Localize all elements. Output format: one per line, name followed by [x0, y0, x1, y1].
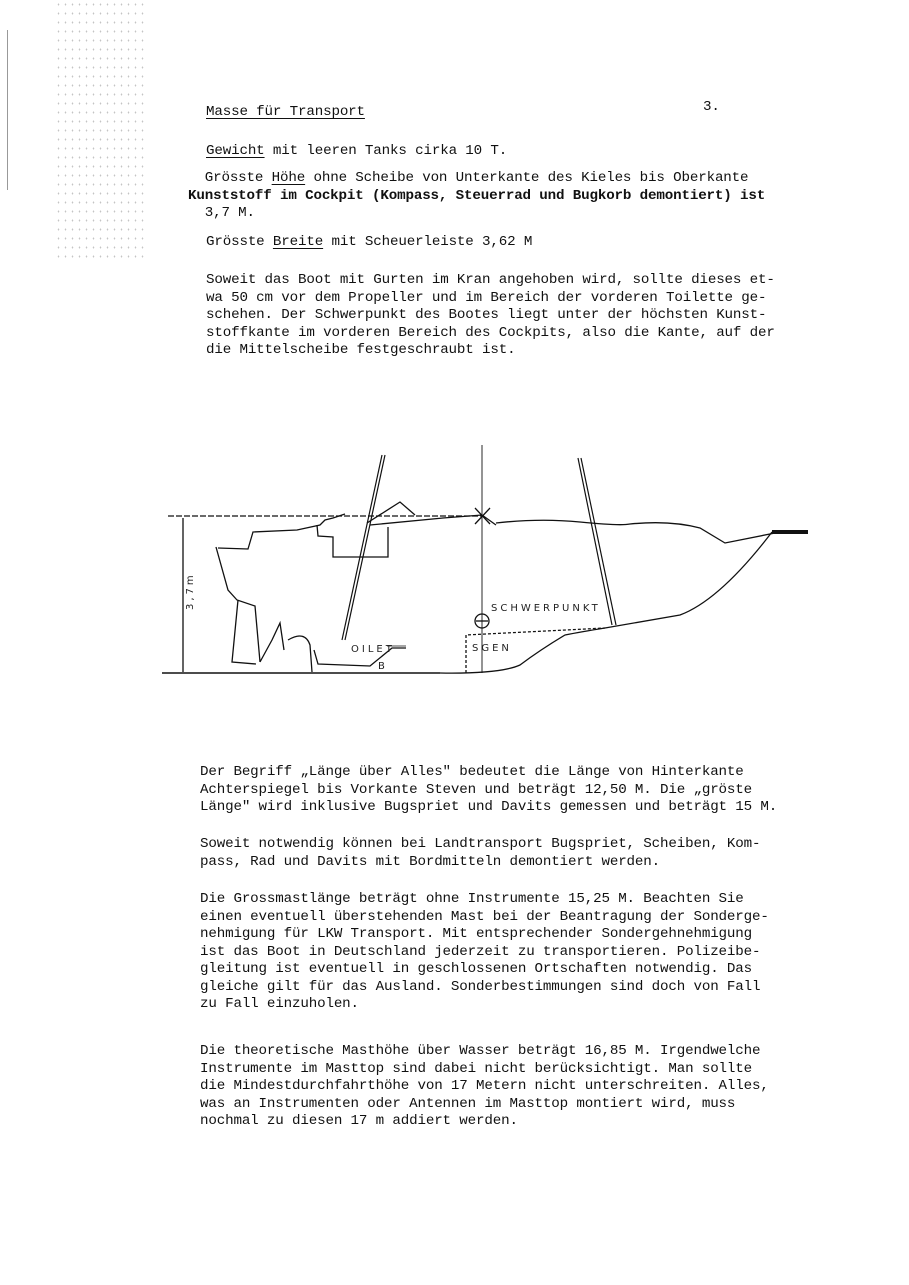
page-number: 3. [703, 99, 720, 117]
mizzen-mast-1 [345, 455, 385, 640]
transom-deck [218, 514, 345, 549]
text-line: Der Begriff „Länge über Alles" bedeutet … [200, 764, 777, 782]
text-line: Achterspiegel bis Vorkante Steven und be… [200, 782, 777, 800]
text-line: stoffkante im vorderen Bereich des Cockp… [206, 325, 775, 343]
text-line: nochmal zu diesen 17 m addiert werden. [200, 1113, 769, 1131]
rudder-outline-2 [232, 600, 256, 664]
scan-edge-artifact [7, 30, 8, 190]
text-line: Länge" wird inklusive Bugspriet und Davi… [200, 799, 777, 817]
text-line: die Mindestdurchfahrthöhe von 17 Metern … [200, 1078, 769, 1096]
removal-paragraph: Soweit notwendig können bei Landtranspor… [200, 836, 760, 871]
length-paragraph: Der Begriff „Länge über Alles" bedeutet … [200, 764, 777, 817]
text-line: pass, Rad und Davits mit Bordmitteln dem… [200, 854, 760, 872]
scan-noise [55, 0, 145, 260]
text-line: die Mittelscheibe festgeschraubt ist. [206, 342, 775, 360]
height-dimension-label: 3,7m [185, 572, 196, 610]
weight-paragraph: Gewicht mit leeren Tanks cirka 10 T. [206, 143, 507, 161]
text-line: wa 50 cm vor dem Propeller und im Bereic… [206, 290, 775, 308]
height-line3: 3,7 M. [188, 205, 255, 221]
text-line: gleiche gilt für das Ausland. Sonderbest… [200, 979, 769, 997]
weight-text: mit leeren Tanks cirka 10 T. [265, 143, 508, 159]
text-line: Soweit das Boot mit Gurten im Kran angeh… [206, 272, 775, 290]
width-paragraph: Grösste Breite mit Scheuerleiste 3,62 M [206, 234, 532, 252]
page-title: Masse für Transport [206, 104, 365, 122]
height-prefix: Grösste [188, 170, 272, 186]
width-text: mit Scheuerleiste 3,62 M [323, 234, 532, 250]
height-paragraph: Grösste Höhe ohne Scheibe von Unterkante… [188, 170, 765, 223]
text-line: gleitung ist eventuell in geschlossenen … [200, 961, 769, 979]
toilet-label: OILET [351, 644, 395, 655]
propeller-bracket [288, 636, 312, 672]
main-mast-1 [578, 458, 612, 625]
boat-profile-diagram: 3,7m OILET B SCHWERPUNKT SGEN [160, 440, 820, 690]
text-line: zu Fall einzuholen. [200, 996, 769, 1014]
weight-keyword: Gewicht [206, 143, 265, 159]
text-line: Die Grossmastlänge beträgt ohne Instrume… [200, 891, 769, 909]
height-keyword: Höhe [272, 170, 305, 186]
width-prefix: Grösste [206, 234, 273, 250]
text-line: nehmigung für LKW Transport. Mit entspre… [200, 926, 769, 944]
width-keyword: Breite [273, 234, 323, 250]
text-line: Soweit notwendig können bei Landtranspor… [200, 836, 760, 854]
text-line: schehen. Der Schwerpunkt des Bootes lieg… [206, 307, 775, 325]
text-line: was an Instrumenten oder Antennen im Mas… [200, 1096, 769, 1114]
mast-length-paragraph: Die Grossmastlänge beträgt ohne Instrume… [200, 891, 769, 1014]
text-line: Die theoretische Masthöhe über Wasser be… [200, 1043, 769, 1061]
mizzen-mast-2 [342, 455, 382, 640]
height-line1: ohne Scheibe von Unterkante des Kieles b… [305, 170, 748, 186]
text-line: Instrumente im Masttop sind dabei nicht … [200, 1061, 769, 1079]
keel-aft [260, 623, 284, 662]
cabin-outline [317, 525, 388, 557]
mast-height-paragraph: Die theoretische Masthöhe über Wasser be… [200, 1043, 769, 1131]
height-line2: Kunststoff im Cockpit (Kompass, Steuerra… [188, 188, 765, 204]
main-mast-2 [581, 458, 616, 625]
deck-sheer-forward [496, 520, 775, 543]
text-line: ist das Boot in Deutschland jederzeit zu… [200, 944, 769, 962]
center-of-gravity-label: SCHWERPUNKT [491, 603, 601, 614]
marker-b: B [378, 661, 385, 672]
crane-paragraph: Soweit das Boot mit Gurten im Kran angeh… [206, 272, 775, 360]
text-line: einen eventuell überstehenden Mast bei d… [200, 909, 769, 927]
tank-label: SGEN [472, 643, 512, 654]
